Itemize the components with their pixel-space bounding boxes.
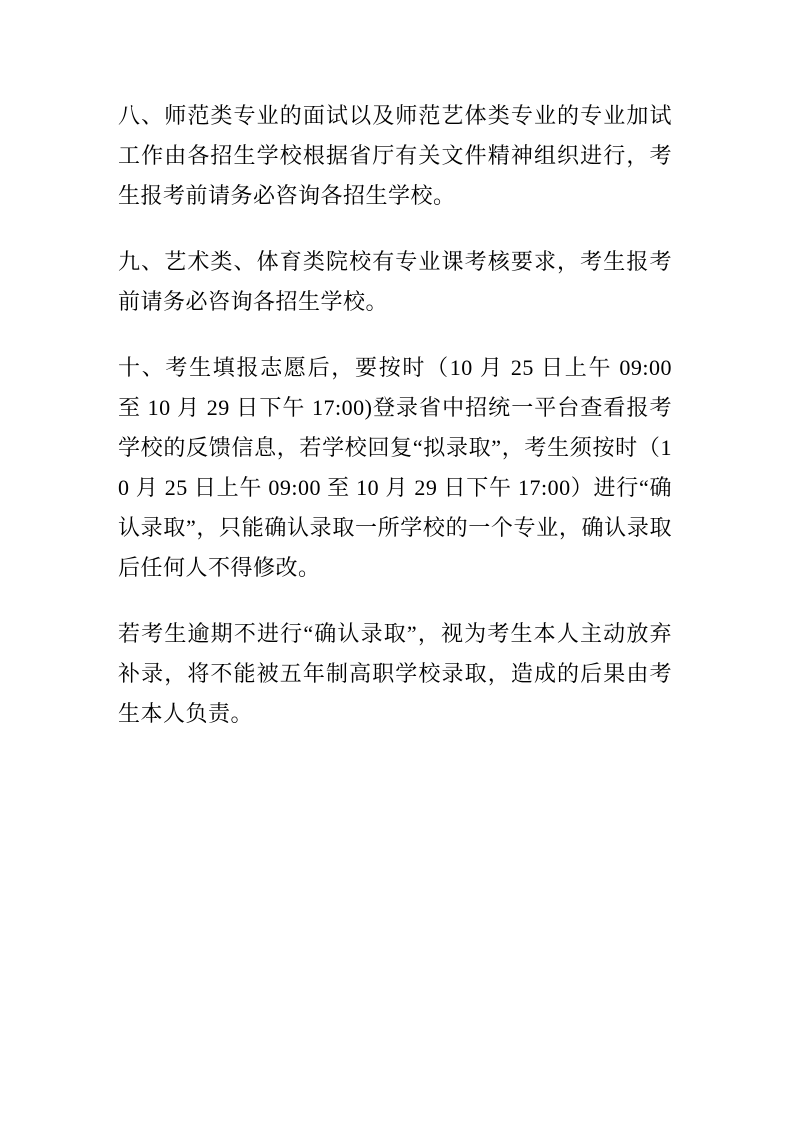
paragraph-item-8: 八、师范类专业的面试以及师范艺体类专业的专业加试工作由各招生学校根据省厅有关文件… — [118, 96, 672, 216]
document-body: 八、师范类专业的面试以及师范艺体类专业的专业加试工作由各招生学校根据省厅有关文件… — [118, 96, 672, 734]
paragraph-closing-note: 若考生逾期不进行“确认录取”，视为考生本人主动放弃补录，将不能被五年制高职学校录… — [118, 614, 672, 734]
paragraph-item-9: 九、艺术类、体育类院校有专业课考核要求，考生报考前请务必咨询各招生学校。 — [118, 242, 672, 322]
document-page: 八、师范类专业的面试以及师范艺体类专业的专业加试工作由各招生学校根据省厅有关文件… — [0, 0, 793, 1122]
paragraph-item-10: 十、考生填报志愿后，要按时（10 月 25 日上午 09:00 至 10 月 2… — [118, 348, 672, 588]
